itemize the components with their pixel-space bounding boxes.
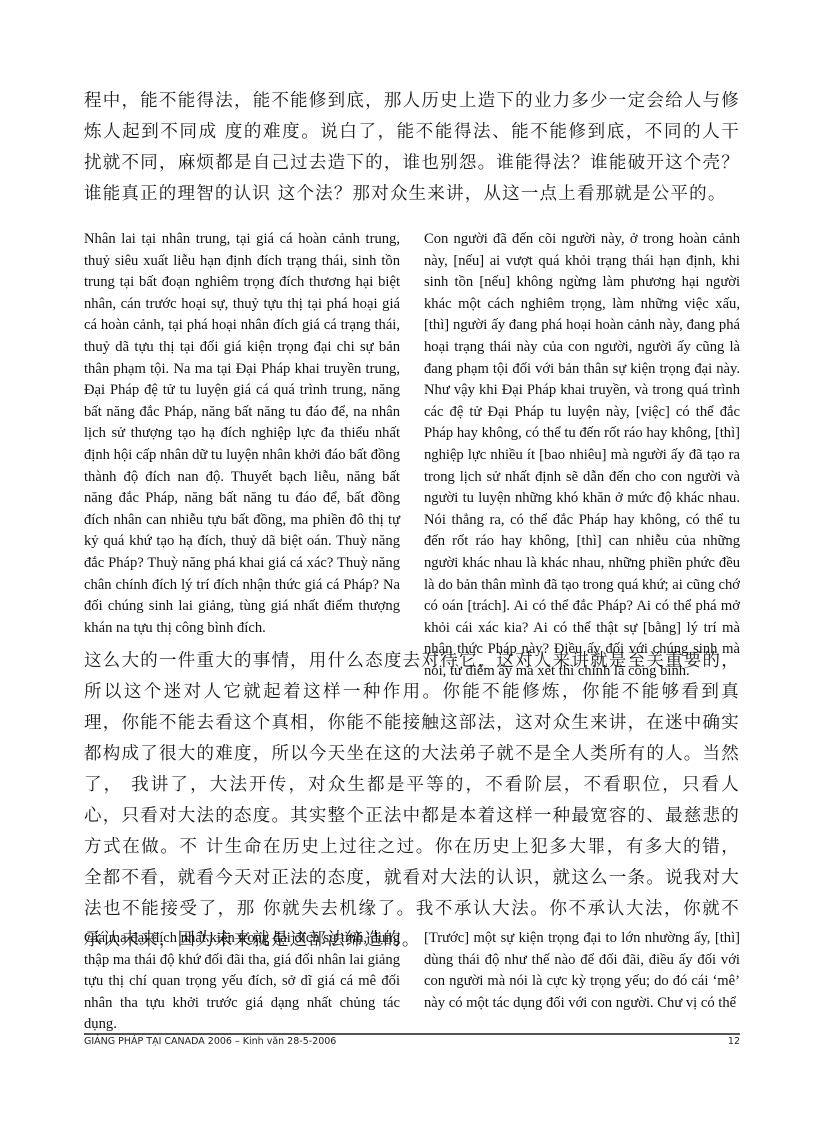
chinese-paragraph-2: 这么大的一件重大的事情，用什么态度去对待它，这对人来讲就是至关重要的，所以这个迷…	[84, 646, 740, 956]
chinese-paragraph-1: 程中，能不能得法，能不能修到底，那人历史上造下的业力多少一定会给人与修炼人起到不…	[84, 86, 740, 210]
vietnamese-column: Con người đã đến cõi người này, ở trong …	[424, 229, 740, 682]
translation-columns-2: Giá ma đại đích nhất kiện trọng đại đích…	[84, 928, 740, 1036]
vietnamese-text: Con người đã đến cõi người này, ở trong …	[424, 229, 740, 682]
translation-columns-1: Nhân lai tại nhân trung, tại giá cá hoàn…	[84, 229, 740, 682]
vietnamese-text: [Trước] một sự kiện trọng đại to lớn như…	[424, 928, 740, 1014]
page-number: 12	[728, 1036, 740, 1047]
document-page: 程中，能不能得法，能不能修到底，那人历史上造下的业力多少一定会给人与修炼人起到不…	[0, 0, 816, 1123]
footer-title: GIẢNG PHÁP TẠI CANADA 2006 – Kinh văn 28…	[84, 1036, 336, 1047]
pinyin-column: Giá ma đại đích nhất kiện trọng đại đích…	[84, 928, 400, 1036]
chinese-text: 程中，能不能得法，能不能修到底，那人历史上造下的业力多少一定会给人与修炼人起到不…	[84, 86, 740, 210]
page-footer: GIẢNG PHÁP TẠI CANADA 2006 – Kinh văn 28…	[84, 1036, 740, 1047]
vietnamese-column: [Trước] một sự kiện trọng đại to lớn như…	[424, 928, 740, 1036]
pinyin-text: Giá ma đại đích nhất kiện trọng đại đích…	[84, 928, 400, 1036]
footer-divider	[84, 1033, 740, 1035]
chinese-text: 这么大的一件重大的事情，用什么态度去对待它，这对人来讲就是至关重要的，所以这个迷…	[84, 646, 740, 956]
pinyin-column: Nhân lai tại nhân trung, tại giá cá hoàn…	[84, 229, 400, 682]
pinyin-text: Nhân lai tại nhân trung, tại giá cá hoàn…	[84, 229, 400, 639]
